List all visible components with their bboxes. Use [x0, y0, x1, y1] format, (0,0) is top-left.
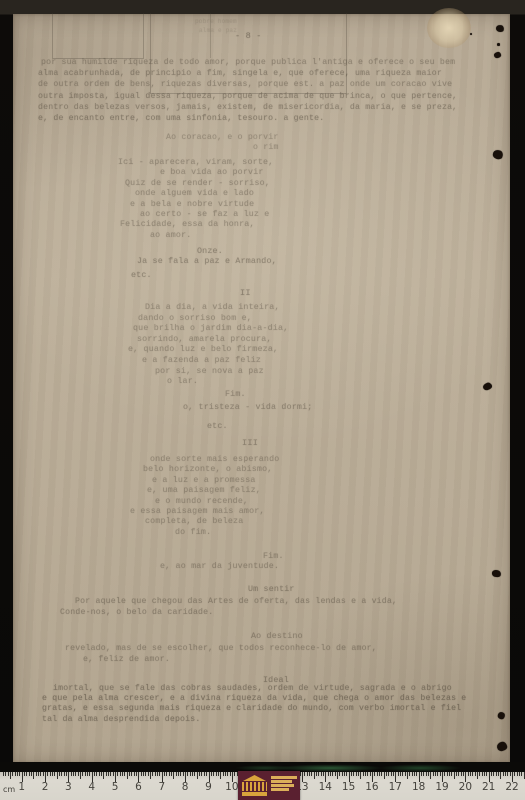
text-line: etc.	[207, 422, 228, 431]
ruler-tick	[475, 772, 476, 776]
ruler-tick	[141, 772, 142, 776]
ruler-tick	[360, 772, 361, 779]
ruler-tick	[339, 772, 340, 776]
ruler-number: 19	[435, 781, 448, 793]
ink-blob	[494, 51, 502, 58]
ruler-tick	[5, 772, 6, 776]
ruler-tick	[409, 772, 410, 776]
text-line: Ja se fala a paz e Armando,	[137, 257, 277, 266]
text-line: e a luz e a promessa	[152, 476, 256, 485]
ruler-tick	[486, 772, 487, 776]
ruler-tick	[505, 772, 506, 776]
ruler-tick	[477, 772, 478, 779]
text-line: III	[242, 438, 258, 448]
ruler-tick	[470, 772, 471, 776]
ruler-tick	[337, 772, 338, 779]
ruler-tick	[307, 772, 308, 776]
ruler-tick	[54, 772, 55, 776]
ruler-tick	[24, 772, 25, 776]
ruler-tick	[351, 772, 352, 776]
ruler-tick	[500, 772, 501, 779]
text-line: dentro das belezas versos, jamais, exist…	[38, 103, 457, 112]
text-line: por si, se nova a paz	[155, 367, 264, 376]
ruler-tick	[374, 772, 375, 776]
text-line: e, ao mar da juventude.	[160, 562, 279, 571]
ruler-unit-label: cm	[3, 785, 15, 794]
ruler-tick	[213, 772, 214, 776]
ruler-tick	[124, 772, 125, 776]
ruler-tick	[223, 772, 224, 776]
ruler-tick	[521, 772, 522, 776]
ruler-tick	[101, 772, 102, 776]
text-line: Por aquele que chegou das Artes de ofert…	[75, 597, 397, 606]
ruler-tick	[463, 772, 464, 776]
ruler-tick	[89, 772, 90, 776]
ink-blob	[470, 33, 472, 35]
ruler-tick	[194, 772, 195, 776]
ruler-tick	[12, 772, 13, 776]
ruler-tick	[127, 772, 128, 779]
ruler-tick	[36, 772, 37, 776]
ruler-tick	[344, 772, 345, 776]
ruler-tick	[64, 772, 65, 776]
ruler-tick	[87, 772, 88, 776]
ruler-tick	[183, 772, 184, 776]
ruler-tick	[129, 772, 130, 776]
text-line: o, tristeza - vida dormi;	[183, 403, 312, 412]
text-line: etc.	[131, 271, 152, 280]
ruler-tick	[201, 772, 202, 776]
paper: pobre homemalma e paz- 8 -por sua humild…	[13, 14, 510, 763]
ruler-tick	[33, 772, 34, 779]
ruler-tick	[78, 772, 79, 776]
ruler-tick	[47, 772, 48, 776]
text-line: - 8 -	[235, 31, 262, 41]
ruler-tick	[423, 772, 424, 776]
text-line: e a bela e nobre virtude	[130, 200, 254, 209]
ruler-tick	[381, 772, 382, 776]
text-line: e que pela alma crescer, e a divina riqu…	[42, 694, 466, 703]
ruler-tick	[321, 772, 322, 776]
ruler-tick	[444, 772, 445, 776]
ruler-tick	[503, 772, 504, 776]
ruler-number: 14	[319, 781, 332, 793]
text-line: Quiz de se render - sorriso,	[125, 179, 270, 188]
ink-blob	[495, 24, 505, 33]
ruler-tick	[314, 772, 315, 779]
text-line: gratas, e essa segunda mais riqueza e cl…	[42, 704, 461, 713]
ruler-number: 5	[112, 781, 119, 793]
ruler-tick	[166, 772, 167, 776]
text-line: onde alguem vida e lado	[135, 189, 254, 198]
ruler-tick	[367, 772, 368, 776]
ruler-tick	[31, 772, 32, 776]
ruler-tick	[192, 772, 193, 776]
ruler-tick	[386, 772, 387, 776]
ruler-tick	[393, 772, 394, 776]
ruler-tick	[57, 772, 58, 779]
ruler-tick	[15, 772, 16, 776]
text-line: Um sentir	[248, 585, 295, 594]
text-line: imortal, que se fale das cobras saudades…	[53, 684, 452, 693]
text-line: Onze.	[197, 247, 223, 256]
ruler-tick	[412, 772, 413, 776]
ruler-tick	[402, 772, 403, 776]
ink-blob	[496, 741, 507, 751]
ink-blob	[497, 43, 500, 46]
ruler-tick	[433, 772, 434, 776]
ruler-tick	[365, 772, 366, 776]
ruler-tick	[43, 772, 44, 776]
ruler-tick	[206, 772, 207, 776]
ruler-number: 10	[225, 781, 238, 793]
text-line: dando o sorriso bom e,	[138, 314, 252, 323]
ruler-number: 8	[182, 781, 189, 793]
ruler-tick	[230, 772, 231, 776]
text-line: alma e paz	[199, 27, 237, 34]
ruler-tick	[451, 772, 452, 776]
ruler-tick	[8, 772, 9, 776]
ruler-tick	[346, 772, 347, 776]
text-line: e, de encanto entre, com uma sinfonia, t…	[38, 114, 324, 123]
building-icon	[242, 775, 267, 796]
text-line: Fim.	[263, 552, 284, 561]
ruler-number: 21	[482, 781, 495, 793]
ruler-tick	[122, 772, 123, 776]
ruler-tick	[498, 772, 499, 776]
ruler-tick	[131, 772, 132, 776]
ruler-tick	[496, 772, 497, 776]
text-line: revelado, mas de se escolher, que todos …	[65, 644, 377, 653]
text-line: II	[240, 288, 251, 298]
ruler-tick	[479, 772, 480, 776]
ruler-tick	[356, 772, 357, 776]
ruler-tick	[472, 772, 473, 776]
ruler-tick	[110, 772, 111, 776]
ruler-tick	[454, 772, 455, 779]
ruler-tick	[38, 772, 39, 776]
ruler-tick	[225, 772, 226, 776]
ruler-tick	[80, 772, 81, 779]
ink-blob	[497, 711, 506, 720]
text-line: onde sorte mais esperando	[150, 455, 279, 464]
text-line: e essa paisagem mais amor,	[130, 507, 265, 516]
text-line: outra imposta, igual dessa riqueza, porq…	[38, 92, 457, 101]
ruler-tick	[82, 772, 83, 776]
ruler-tick	[405, 772, 406, 776]
ruler-tick	[73, 772, 74, 776]
ruler-tick	[117, 772, 118, 776]
text-line: ao certo - se faz a luz e	[140, 210, 269, 219]
ruler-tick	[482, 772, 483, 776]
scan-background: pobre homemalma e paz- 8 -por sua humild…	[0, 0, 525, 800]
ruler-tick	[440, 772, 441, 776]
ruler-tick	[330, 772, 331, 776]
text-line: e, uma paisagem feliz,	[147, 486, 261, 495]
ruler-tick	[99, 772, 100, 776]
ruler-number: 3	[65, 781, 72, 793]
ruler-number: 1	[18, 781, 25, 793]
logo-text-lines	[271, 776, 297, 792]
ruler-number: 2	[42, 781, 49, 793]
ruler-tick	[61, 772, 62, 776]
ruler-number: 22	[505, 781, 518, 793]
ruler-tick	[491, 772, 492, 776]
ruler-tick	[157, 772, 158, 776]
ruler-tick	[428, 772, 429, 776]
ruler-tick	[316, 772, 317, 776]
ruler-tick	[328, 772, 329, 776]
ruler-tick	[94, 772, 95, 776]
ruler-tick	[145, 772, 146, 776]
text-line: por sua humilde riqueza de todo amor, po…	[41, 58, 455, 67]
ruler-tick	[3, 772, 4, 776]
ruler-tick	[180, 772, 181, 776]
ruler-tick	[234, 772, 235, 776]
ruler-number: 15	[342, 781, 355, 793]
ruler-tick	[447, 772, 448, 776]
ruler-tick	[353, 772, 354, 776]
text-line: o rim	[253, 143, 279, 152]
ruler-tick	[108, 772, 109, 776]
ruler-tick	[143, 772, 144, 776]
ruler-tick	[59, 772, 60, 776]
ruler-tick	[517, 772, 518, 776]
ruler-tick	[449, 772, 450, 776]
ruler-tick	[342, 772, 343, 776]
ruler-number: 7	[158, 781, 165, 793]
text-line: alma acabrunhada, de principio a fim, si…	[38, 69, 442, 78]
text-line: e boa vida ao porvir	[160, 168, 264, 177]
ruler-tick	[311, 772, 312, 776]
text-line: que brilha o jardim dia-a-dia,	[133, 324, 288, 333]
ruler-tick	[75, 772, 76, 776]
ruler-tick	[173, 772, 174, 779]
ruler-tick	[407, 772, 408, 779]
text-line: tal da alma desprendida depois.	[42, 715, 201, 724]
paper-stain	[427, 8, 471, 48]
ruler-tick	[519, 772, 520, 776]
ruler-tick	[113, 772, 114, 776]
text-line: e a fazenda a paz feliz	[142, 356, 261, 365]
ruler-tick	[400, 772, 401, 776]
ruler-tick	[398, 772, 399, 776]
ruler-tick	[416, 772, 417, 776]
ruler-tick	[187, 772, 188, 776]
ruler-tick	[227, 772, 228, 776]
ruler-tick	[66, 772, 67, 776]
ruler-tick	[370, 772, 371, 776]
ruler-tick	[52, 772, 53, 776]
ruler-number: 6	[135, 781, 142, 793]
ruler-number: 9	[205, 781, 212, 793]
ruler-tick	[437, 772, 438, 776]
ruler-number: 17	[389, 781, 402, 793]
ruler-tick	[10, 772, 11, 779]
ruler-tick	[71, 772, 72, 776]
ink-blob	[491, 569, 501, 577]
ruler-tick	[332, 772, 333, 776]
ruler-tick	[197, 772, 198, 779]
text-line: e o mundo recende,	[155, 497, 248, 506]
ruler-tick	[176, 772, 177, 776]
ruler-tick	[134, 772, 135, 776]
text-line: sorrindo, amarela procura,	[137, 335, 272, 344]
ruler-tick	[136, 772, 137, 776]
ruler-tick	[391, 772, 392, 776]
ink-blob	[482, 382, 492, 391]
ruler-tick	[309, 772, 310, 776]
text-line: completa, de beleza	[145, 517, 243, 526]
ruler-tick	[204, 772, 205, 776]
ruler-tick	[164, 772, 165, 776]
ruler-tick	[379, 772, 380, 776]
ruler-tick	[468, 772, 469, 776]
ruler-tick	[388, 772, 389, 776]
ruler-tick	[96, 772, 97, 776]
text-line: o lar.	[167, 377, 198, 386]
ruler-tick	[152, 772, 153, 776]
ruler-tick	[510, 772, 511, 776]
ruler-tick	[304, 772, 305, 776]
ruler-tick	[484, 772, 485, 776]
ruler-tick	[456, 772, 457, 776]
text-line: pobre homem	[195, 18, 237, 25]
ruler-tick	[199, 772, 200, 776]
ruler-tick	[335, 772, 336, 776]
text-line: do fim.	[175, 528, 211, 537]
ruler-tick	[461, 772, 462, 776]
ruler-tick	[148, 772, 149, 776]
text-line: e, quando luz e belo firmeza,	[128, 345, 278, 354]
ruler-tick	[169, 772, 170, 776]
pencil-box-left	[52, 13, 144, 59]
ruler-tick	[150, 772, 151, 779]
ruler-number: 4	[88, 781, 95, 793]
ruler: cm 12345678910111213141516171819202122	[0, 772, 525, 800]
text-line: Ao coracao, e o porvir	[166, 133, 279, 142]
ruler-tick	[190, 772, 191, 776]
ruler-tick	[507, 772, 508, 776]
ruler-tick	[435, 772, 436, 776]
ruler-tick	[318, 772, 319, 776]
ruler-tick	[514, 772, 515, 776]
ink-blob	[492, 149, 504, 160]
text-line: de outra ordem de bens, riquezas diversa…	[38, 80, 452, 89]
text-line: Ao destino	[251, 632, 303, 641]
text-line: Conde-nos, o belo da caridade.	[60, 608, 213, 617]
ruler-tick	[171, 772, 172, 776]
ruler-tick	[26, 772, 27, 776]
ruler-tick	[377, 772, 378, 776]
ruler-tick	[155, 772, 156, 776]
text-line: Felicidade, essa da honra,	[120, 220, 255, 229]
ruler-tick	[211, 772, 212, 776]
ruler-number: 16	[365, 781, 378, 793]
ruler-tick	[29, 772, 30, 776]
text-line: Dia a dia, a vida inteira,	[145, 303, 280, 312]
ruler-tick	[216, 772, 217, 776]
ruler-number: 20	[459, 781, 472, 793]
ruler-tick	[178, 772, 179, 776]
text-line: belo horizonte, o abismo,	[143, 465, 272, 474]
text-line: e, feliz de amor.	[83, 655, 170, 664]
ruler-tick	[19, 772, 20, 776]
ruler-tick	[458, 772, 459, 776]
ruler-tick	[120, 772, 121, 776]
ruler-tick	[85, 772, 86, 776]
ruler-tick	[426, 772, 427, 776]
ruler-tick	[159, 772, 160, 776]
ruler-tick	[363, 772, 364, 776]
ruler-tick	[493, 772, 494, 776]
ruler-tick	[421, 772, 422, 776]
ruler-tick	[323, 772, 324, 776]
ruler-tick	[40, 772, 41, 776]
ruler-tick	[103, 772, 104, 779]
text-line: Fim.	[225, 390, 246, 399]
ruler-tick	[220, 772, 221, 779]
ruler-tick	[414, 772, 415, 776]
ruler-tick	[106, 772, 107, 776]
text-line: ao amor.	[150, 231, 191, 240]
text-line: Ici - aparecera, viram, sorte,	[118, 158, 273, 167]
ruler-number: 18	[412, 781, 425, 793]
archive-logo	[238, 771, 300, 800]
ruler-tick	[430, 772, 431, 779]
ruler-tick	[50, 772, 51, 776]
ruler-tick	[218, 772, 219, 776]
ruler-tick	[384, 772, 385, 779]
ruler-tick	[17, 772, 18, 776]
ruler-tick	[358, 772, 359, 776]
